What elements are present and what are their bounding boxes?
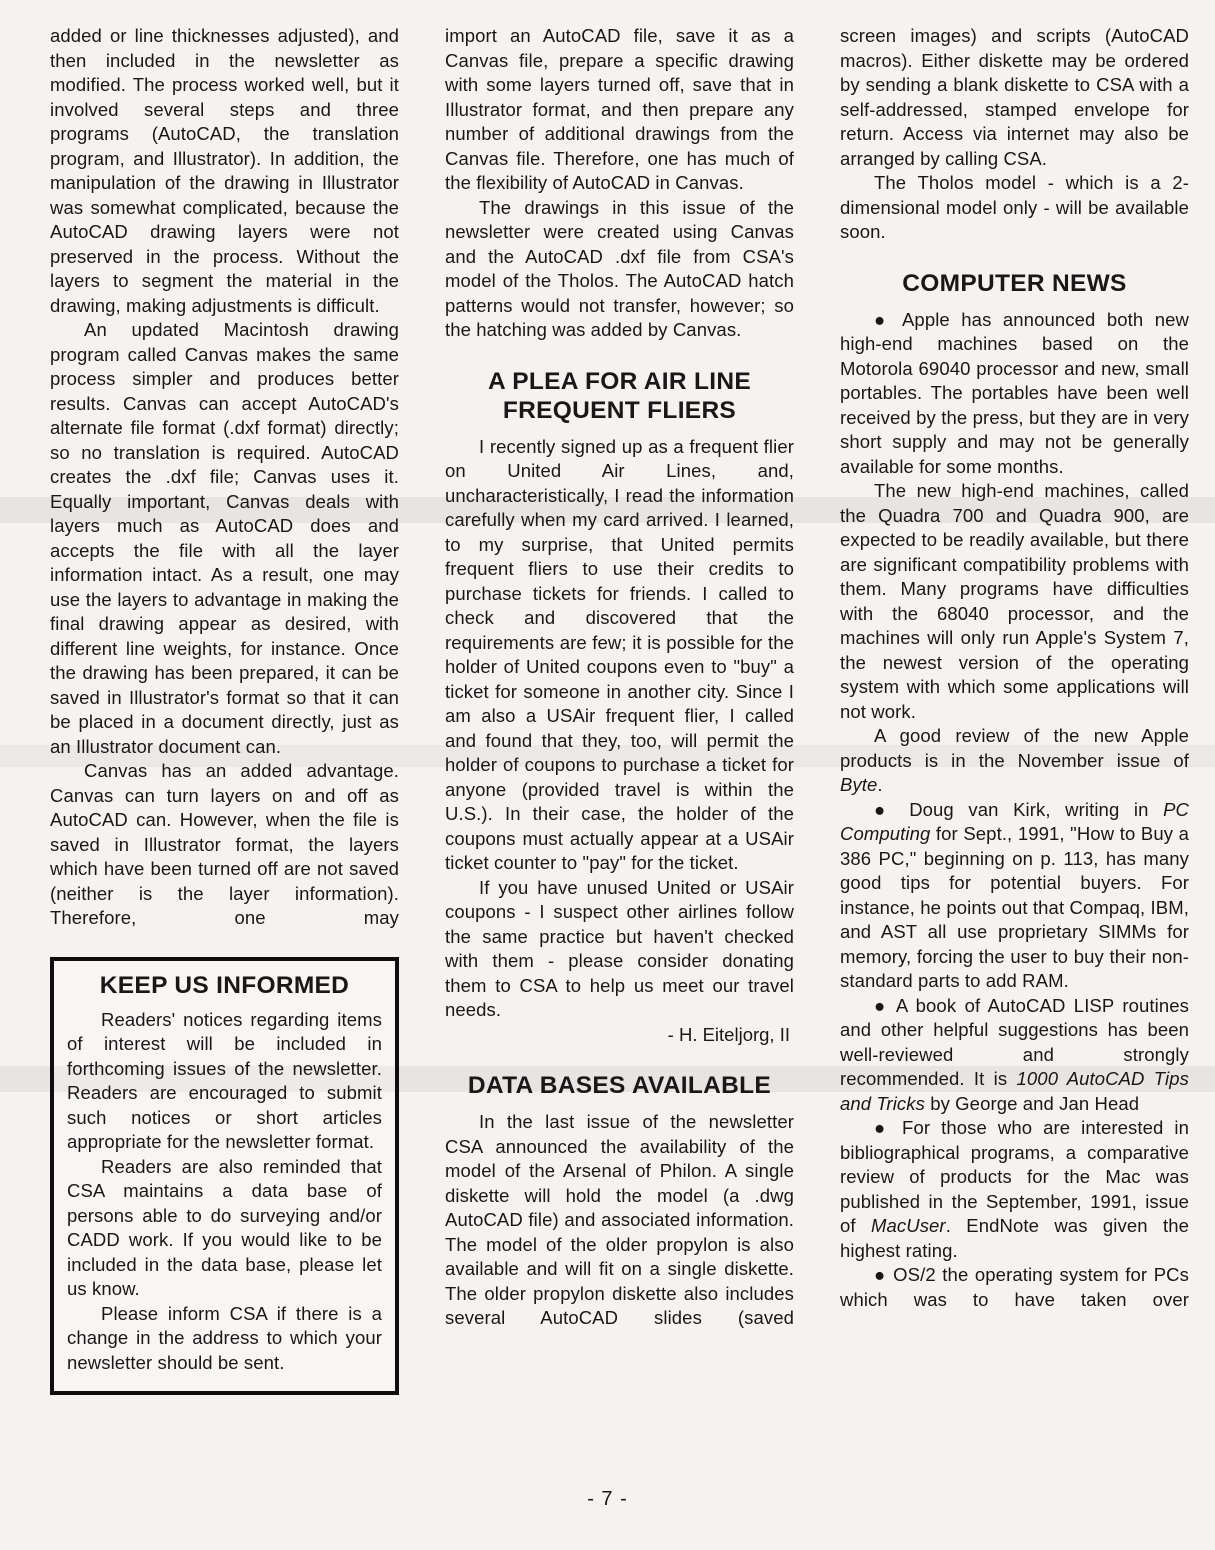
page-number: - 7 -: [0, 1488, 1215, 1511]
body-paragraph: added or line thicknesses adjusted), and…: [50, 24, 399, 318]
section-heading-data-bases: DATA BASES AVAILABLE: [445, 1071, 794, 1100]
bullet-paragraph: ● OS/2 the operating system for PCs whic…: [840, 1263, 1189, 1312]
body-paragraph: screen images) and scripts (AutoCAD macr…: [840, 24, 1189, 171]
body-paragraph: I recently signed up as a frequent flier…: [445, 435, 794, 876]
body-paragraph: import an AutoCAD file, save it as a Can…: [445, 24, 794, 196]
body-paragraph: A good review of the new Apple products …: [840, 724, 1189, 798]
body-paragraph: The Tholos model - which is a 2-dimensio…: [840, 171, 1189, 245]
column-3: screen images) and scripts (AutoCAD macr…: [840, 24, 1189, 1395]
bullet-paragraph: ● A book of AutoCAD LISP routines and ot…: [840, 994, 1189, 1117]
author-signature: - H. Eiteljorg, II: [445, 1023, 790, 1048]
column-2: import an AutoCAD file, save it as a Can…: [445, 24, 794, 1395]
keep-us-informed-box: KEEP US INFORMED Readers' notices regard…: [50, 957, 399, 1396]
body-paragraph: In the last issue of the newsletter CSA …: [445, 1110, 794, 1331]
bullet-paragraph: ● For those who are interested in biblio…: [840, 1116, 1189, 1263]
section-heading-keep-us-informed: KEEP US INFORMED: [67, 971, 382, 1000]
bullet-paragraph: ● Apple has announced both new high-end …: [840, 308, 1189, 480]
columns-container: added or line thicknesses adjusted), and…: [50, 24, 1189, 1395]
section-heading-computer-news: COMPUTER NEWS: [840, 269, 1189, 298]
body-paragraph: The drawings in this issue of the newsle…: [445, 196, 794, 343]
body-paragraph: An updated Macintosh drawing program cal…: [50, 318, 399, 759]
section-heading-air-line-fliers: A PLEA FOR AIR LINE FREQUENT FLIERS: [445, 367, 794, 425]
body-paragraph: The new high-end machines, called the Qu…: [840, 479, 1189, 724]
bullet-paragraph: ● Doug van Kirk, writing in PC Computing…: [840, 798, 1189, 994]
body-paragraph: Readers are also reminded that CSA maint…: [67, 1155, 382, 1302]
body-paragraph: Readers' notices regarding items of inte…: [67, 1008, 382, 1155]
body-paragraph: Please inform CSA if there is a change i…: [67, 1302, 382, 1376]
newsletter-page: added or line thicknesses adjusted), and…: [0, 0, 1215, 1550]
body-paragraph: If you have unused United or USAir coupo…: [445, 876, 794, 1023]
column-1: added or line thicknesses adjusted), and…: [50, 24, 399, 1395]
body-paragraph: Canvas has an added advantage. Canvas ca…: [50, 759, 399, 931]
